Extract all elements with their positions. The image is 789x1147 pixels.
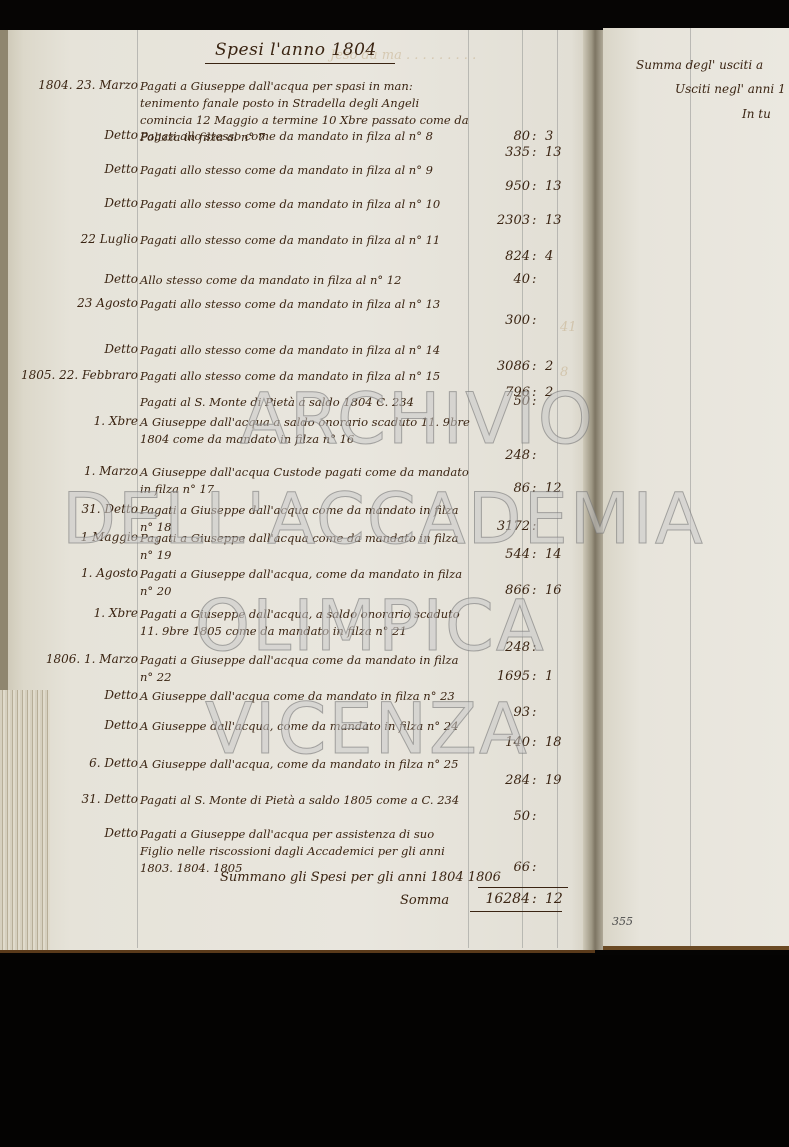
- entry-date: 1. Xbre: [10, 414, 138, 428]
- entry-colon: :: [532, 213, 536, 228]
- scan-background-bottom: [0, 955, 789, 1147]
- entry-date: Detto: [10, 826, 138, 840]
- entry-sub-amount: 13: [545, 179, 575, 194]
- entry-date: Detto: [10, 128, 138, 142]
- total-rule: [470, 911, 562, 912]
- ink-bleed-through: 41: [560, 320, 577, 335]
- entry-description: Pagati allo stesso come da mandato in fi…: [140, 232, 470, 249]
- entry-sub-amount: 2: [545, 359, 575, 374]
- total-colon: :: [532, 891, 537, 907]
- right-page-line-2: Usciti negl' anni 1: [675, 82, 786, 96]
- entry-date: 1. Agosto: [10, 566, 138, 580]
- entry-description: Pagati allo stesso come da mandato in fi…: [140, 196, 470, 213]
- watermark-line-1: ARCHIVIO: [240, 378, 595, 460]
- entry-amount: 824: [470, 249, 530, 264]
- entry-sub-amount: 4: [545, 249, 575, 264]
- right-page-line-3: In tu: [742, 107, 771, 121]
- entry-sub-amount: 1: [545, 669, 575, 684]
- entry-date: 31. Detto: [10, 792, 138, 806]
- entry-colon: :: [532, 669, 536, 684]
- entry-amount: 335: [470, 145, 530, 160]
- entry-amount: 2303: [470, 213, 530, 228]
- entry-colon: :: [532, 313, 536, 328]
- entry-amount: 950: [470, 179, 530, 194]
- entry-colon: :: [532, 705, 536, 720]
- title-underline: [205, 63, 395, 64]
- entry-colon: :: [532, 735, 536, 750]
- right-page-line-1: Summa degl' usciti a: [636, 58, 763, 72]
- entry-date: Detto: [10, 162, 138, 176]
- entry-date: 6. Detto: [10, 756, 138, 770]
- page-title: Spesi l'anno 1804: [215, 40, 377, 60]
- entry-sub-amount: 19: [545, 773, 575, 788]
- entry-amount: 300: [470, 313, 530, 328]
- entry-description: Pagati allo stesso come da mandato in fi…: [140, 296, 470, 313]
- entry-date: Detto: [10, 272, 138, 286]
- entry-sub-amount: 3: [545, 129, 575, 144]
- summary-line: Summano gli Spesi per gli anni 1804 1806: [220, 870, 501, 885]
- entry-sub-amount: 16: [545, 583, 575, 598]
- watermark-line-3: OLIMPICA: [195, 585, 546, 667]
- entry-sub-amount: 13: [545, 145, 575, 160]
- entry-colon: :: [532, 249, 536, 264]
- entry-amount: 50: [470, 809, 530, 824]
- entry-date: 1804. 23. Marzo: [10, 78, 138, 92]
- entry-date: 22 Luglio: [10, 232, 138, 246]
- entry-colon: :: [532, 809, 536, 824]
- entry-date: Detto: [10, 688, 138, 702]
- total-sub: 12: [545, 891, 563, 907]
- entry-amount: 80: [470, 129, 530, 144]
- entry-amount: 284: [470, 773, 530, 788]
- entry-date: Detto: [10, 718, 138, 732]
- total-amount: 16284: [466, 891, 530, 907]
- entry-description: Pagati allo stesso come da mandato in fi…: [140, 162, 470, 179]
- entry-description: Pagati al S. Monte di Pietà a saldo 1805…: [140, 792, 470, 809]
- total-label: Somma: [400, 893, 449, 908]
- entry-description: Allo stesso come da mandato in filza al …: [140, 272, 470, 289]
- entry-colon: :: [532, 272, 536, 287]
- page-binding-edge: [0, 30, 8, 690]
- entry-colon: :: [532, 359, 536, 374]
- entry-date: Detto: [10, 196, 138, 210]
- entry-amount: 3086: [470, 359, 530, 374]
- entry-sub-amount: 13: [545, 213, 575, 228]
- entry-colon: :: [532, 773, 536, 788]
- entry-description: Pagati allo stesso come da mandato in fi…: [140, 342, 470, 359]
- entry-date: 1. Marzo: [10, 464, 138, 478]
- entry-colon: :: [532, 860, 536, 875]
- entry-description: Pagati allo stesso come da mandato in fi…: [140, 128, 470, 145]
- entry-date: 23 Agosto: [10, 296, 138, 310]
- entry-colon: :: [532, 145, 536, 160]
- entry-date: 1805. 22. Febbraro: [10, 368, 138, 382]
- entry-date: 1806. 1. Marzo: [10, 652, 138, 666]
- folio-number: 355: [612, 915, 633, 928]
- entry-colon: :: [532, 129, 536, 144]
- entry-amount: 40: [470, 272, 530, 287]
- watermark-line-2: DELL'ACCADEMIA: [62, 478, 705, 560]
- entry-date: 1. Xbre: [10, 606, 138, 620]
- entry-amount: 1695: [470, 669, 530, 684]
- watermark-line-4: VICENZA: [205, 688, 529, 770]
- entry-date: Detto: [10, 342, 138, 356]
- subtotal-rule: [478, 887, 568, 888]
- entry-colon: :: [532, 179, 536, 194]
- entry-sub-amount: 18: [545, 735, 575, 750]
